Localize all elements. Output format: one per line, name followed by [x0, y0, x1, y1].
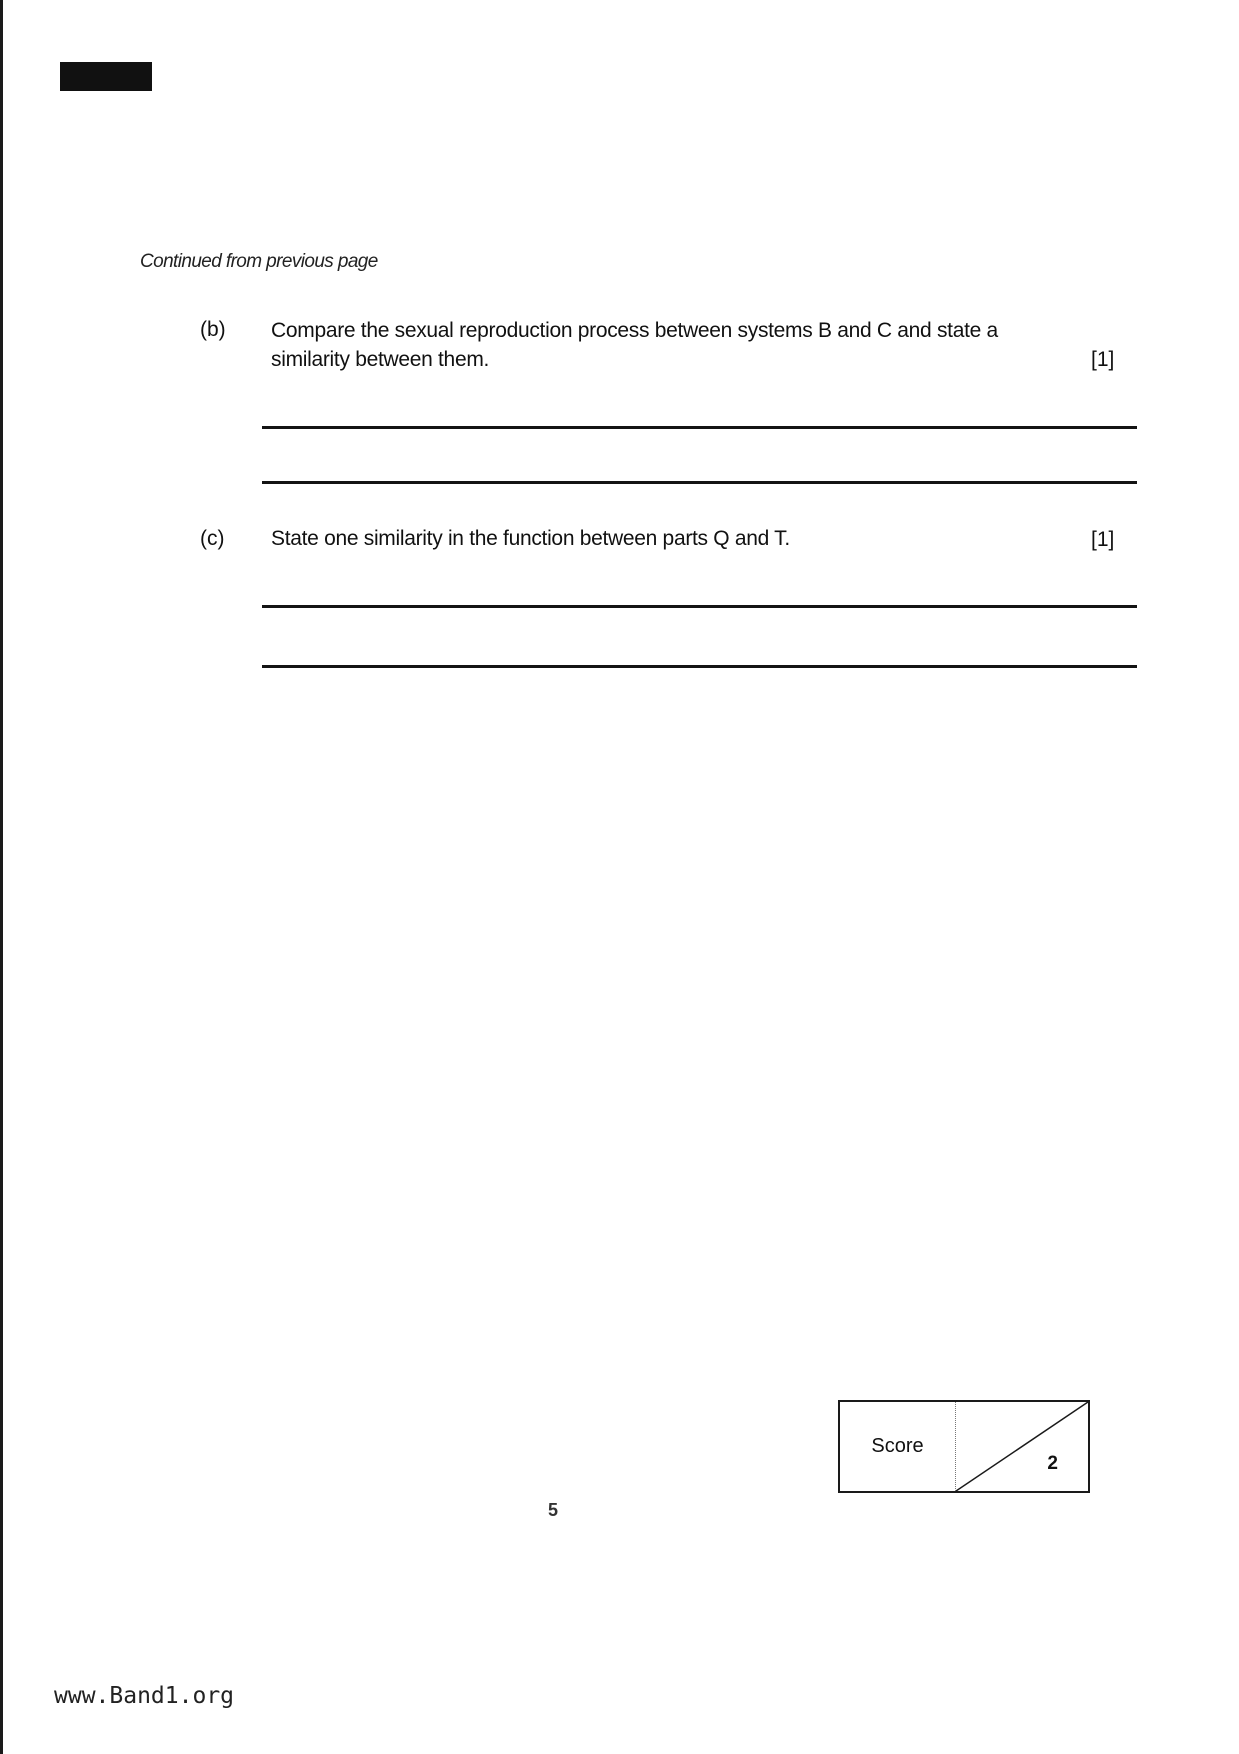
question-c-label: (c) — [200, 527, 225, 551]
score-total: 2 — [1047, 1453, 1058, 1475]
redaction-block — [60, 62, 152, 91]
question-c-marks: [1] — [1091, 528, 1114, 552]
question-c-answer-line-1[interactable] — [262, 605, 1137, 608]
question-c-text-line1: State one similarity in the function bet… — [271, 524, 790, 553]
question-b-answer-line-2[interactable] — [262, 481, 1137, 484]
continued-note: Continued from previous page — [140, 251, 378, 273]
question-b-marks: [1] — [1091, 348, 1114, 372]
question-b-text-line1: Compare the sexual reproduction process … — [271, 316, 998, 345]
scan-left-edge — [0, 0, 3, 1754]
page-number: 5 — [548, 1500, 558, 1521]
score-box: Score 2 — [838, 1400, 1090, 1493]
question-b-label: (b) — [200, 318, 226, 342]
score-label: Score — [840, 1402, 956, 1491]
score-divider-diagonal — [956, 1402, 1088, 1491]
watermark-url: www.Band1.org — [54, 1683, 234, 1709]
question-c-answer-line-2[interactable] — [262, 665, 1137, 668]
question-b-answer-line-1[interactable] — [262, 426, 1137, 429]
score-value-cell[interactable]: 2 — [956, 1402, 1088, 1491]
question-b-text-line2: similarity between them. — [271, 345, 489, 374]
